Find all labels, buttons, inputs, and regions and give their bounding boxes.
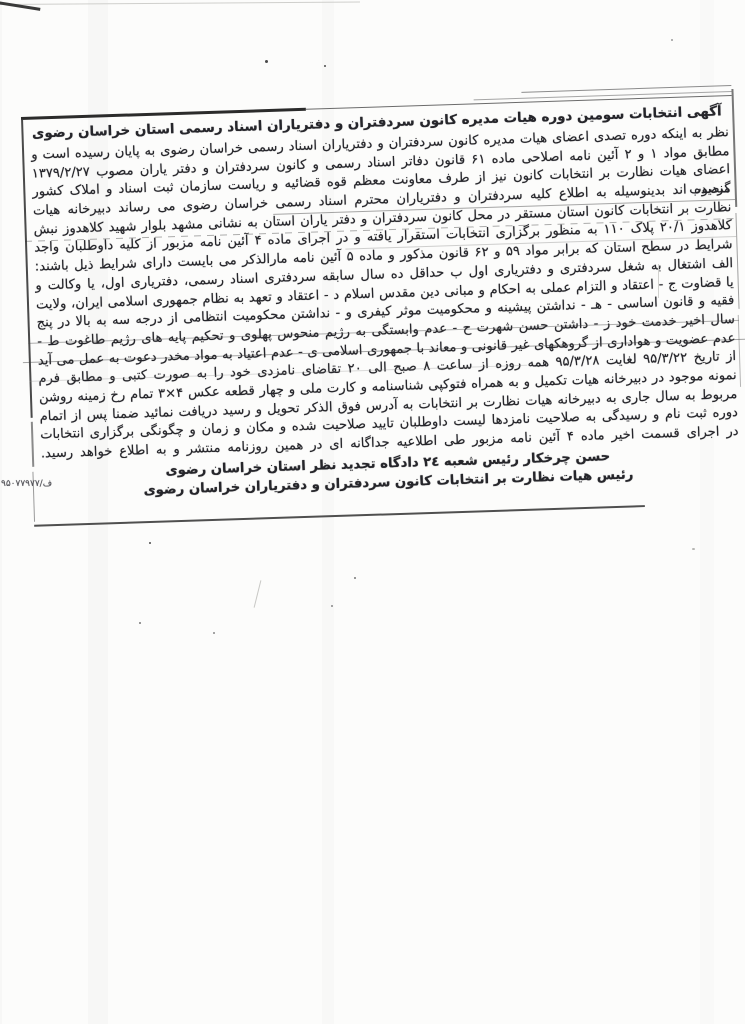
scan-speck (149, 542, 151, 544)
scan-speck (331, 605, 333, 607)
page-corner-mark (0, 1, 40, 11)
election-notice-box: آگهی انتخابات سومین دوره هیات مدیره کانو… (21, 95, 745, 532)
box-border-bottom (34, 505, 645, 526)
scan-speck (213, 632, 215, 634)
scan-speck (692, 548, 695, 550)
page-edge-line (0, 1, 360, 5)
scan-speck (324, 65, 326, 67)
scan-speck (139, 622, 141, 624)
box-border-top-artifact (474, 91, 732, 100)
box-border-top-artifact (521, 85, 731, 93)
scan-speck (354, 577, 356, 579)
reference-number: ف/۹۵۰۷۷۹۷۷ (1, 479, 52, 489)
scan-speck (671, 39, 673, 41)
notice-body: نظر به اینکه دوره تصدی اعضای هیات مدیره … (22, 124, 743, 464)
scanned-page: آگهی انتخابات سومین دوره هیات مدیره کانو… (0, 0, 745, 1024)
scan-mark (254, 580, 262, 607)
scan-speck (265, 60, 268, 63)
